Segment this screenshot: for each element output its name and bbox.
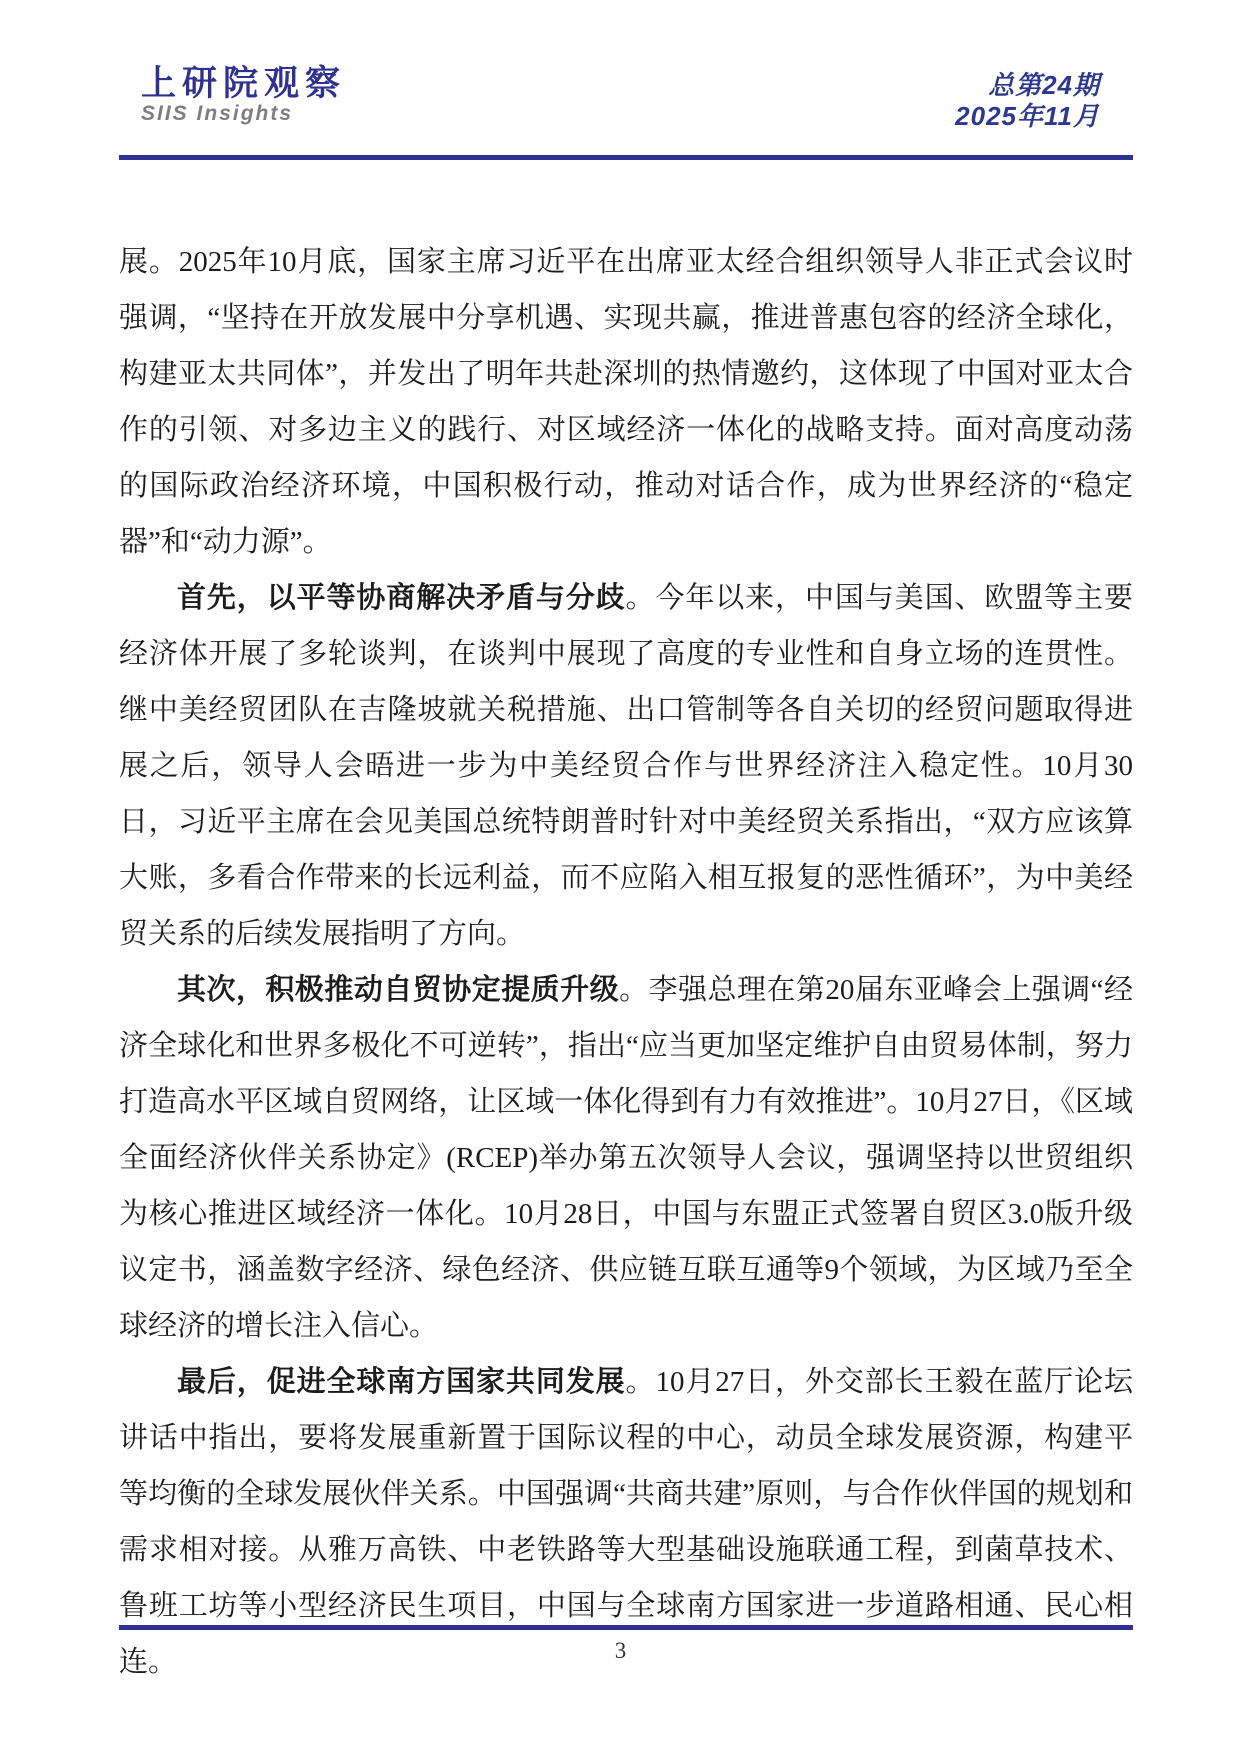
paragraph-text: 展。2025年10月底，国家主席习近平在出席亚太经合组织领导人非正式会议时强调，… [119,246,1133,558]
paragraph-lead: 其次，积极推动自贸协定提质升级 [177,974,619,1006]
issue-info: 总第24期 2025年11月 [955,70,1100,132]
issue-number: 总第24期 [955,70,1100,101]
paragraph-lead: 最后，促进全球南方国家共同发展 [177,1366,626,1398]
document-page: 上研院观察 SIIS Insights 总第24期 2025年11月 展。202… [0,0,1241,1754]
paragraph-text: 。李强总理在第20届东亚峰会上强调“经济全球化和世界多极化不可逆转”，指出“应当… [119,974,1133,1342]
siis-logo: 上研院观察 SIIS Insights [141,66,346,125]
body-paragraph: 展。2025年10月底，国家主席习近平在出席亚太经合组织领导人非正式会议时强调，… [119,234,1133,570]
paragraph-text: 。10月27日，外交部长王毅在蓝厅论坛讲话中指出，要将发展重新置于国际议程的中心… [119,1366,1133,1678]
paragraph-text: 。今年以来，中国与美国、欧盟等主要经济体开展了多轮谈判，在谈判中展现了高度的专业… [119,582,1133,950]
logo-english-subtitle: SIIS Insights [141,103,346,125]
header-divider [119,155,1133,160]
logo-chinese-title: 上研院观察 [141,66,346,102]
body-paragraph: 首先，以平等协商解决矛盾与分歧。今年以来，中国与美国、欧盟等主要经济体开展了多轮… [119,570,1133,962]
footer-divider [119,1625,1133,1630]
paragraph-lead: 首先，以平等协商解决矛盾与分歧 [177,582,626,614]
issue-date: 2025年11月 [955,101,1100,132]
body-paragraph: 其次，积极推动自贸协定提质升级。李强总理在第20届东亚峰会上强调“经济全球化和世… [119,962,1133,1354]
article-body: 展。2025年10月底，国家主席习近平在出席亚太经合组织领导人非正式会议时强调，… [119,234,1133,1690]
page-number: 3 [0,1638,1241,1664]
